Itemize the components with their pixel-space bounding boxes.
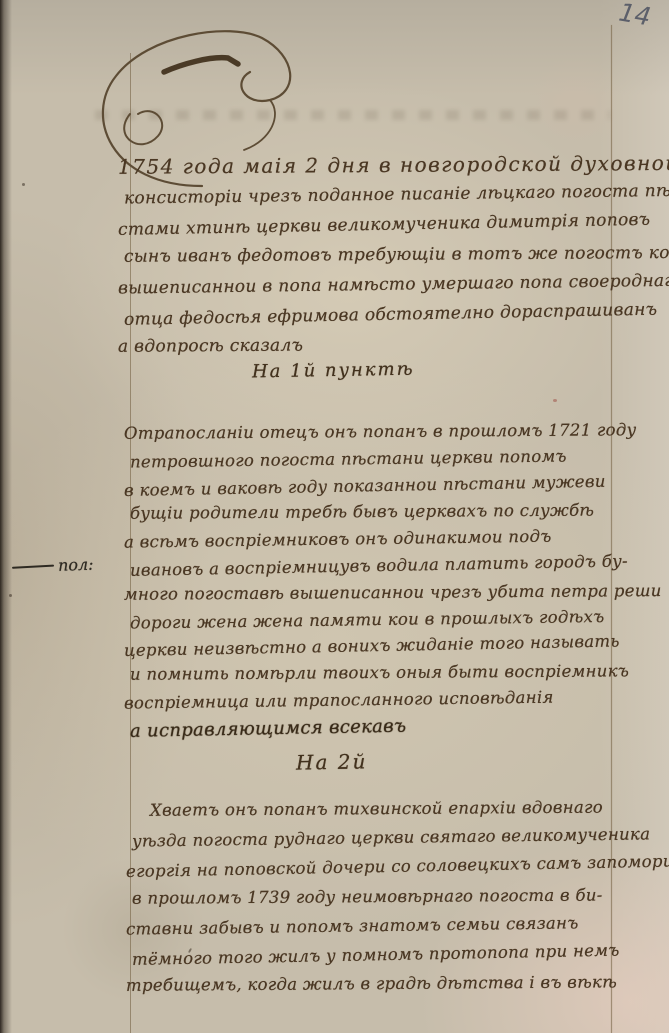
binding-shadow: [0, 0, 12, 1033]
manuscript-page: 14 1754 года маія 2 дня в новгородской д…: [0, 0, 669, 1033]
handwritten-line: требищемъ, когда жилъ в градѣ дѣтства і …: [126, 967, 646, 1000]
section-1-paragraph: Отрапосланіи отецъ онъ попанъ в прошломъ…: [124, 419, 639, 741]
margin-note-dash: [12, 564, 54, 568]
handwritten-line: а вдопросѣ сказалъ: [118, 328, 628, 362]
margin-note-text: пол:: [58, 555, 94, 575]
section-1-heading: На 1й пунктѣ: [252, 359, 415, 383]
intro-paragraph: 1754 года маія 2 дня в новгородской духо…: [118, 150, 628, 360]
folio-number: 14: [617, 0, 653, 32]
margin-note: пол:: [12, 555, 94, 577]
paper-speck: [22, 183, 25, 186]
section-2-paragraph: Хваетъ онъ попанъ тихвинской епархіи вдо…: [126, 794, 646, 998]
paper-speck: [9, 594, 12, 597]
section-2-heading: На 2й: [296, 749, 368, 774]
paper-speck: [553, 399, 557, 402]
